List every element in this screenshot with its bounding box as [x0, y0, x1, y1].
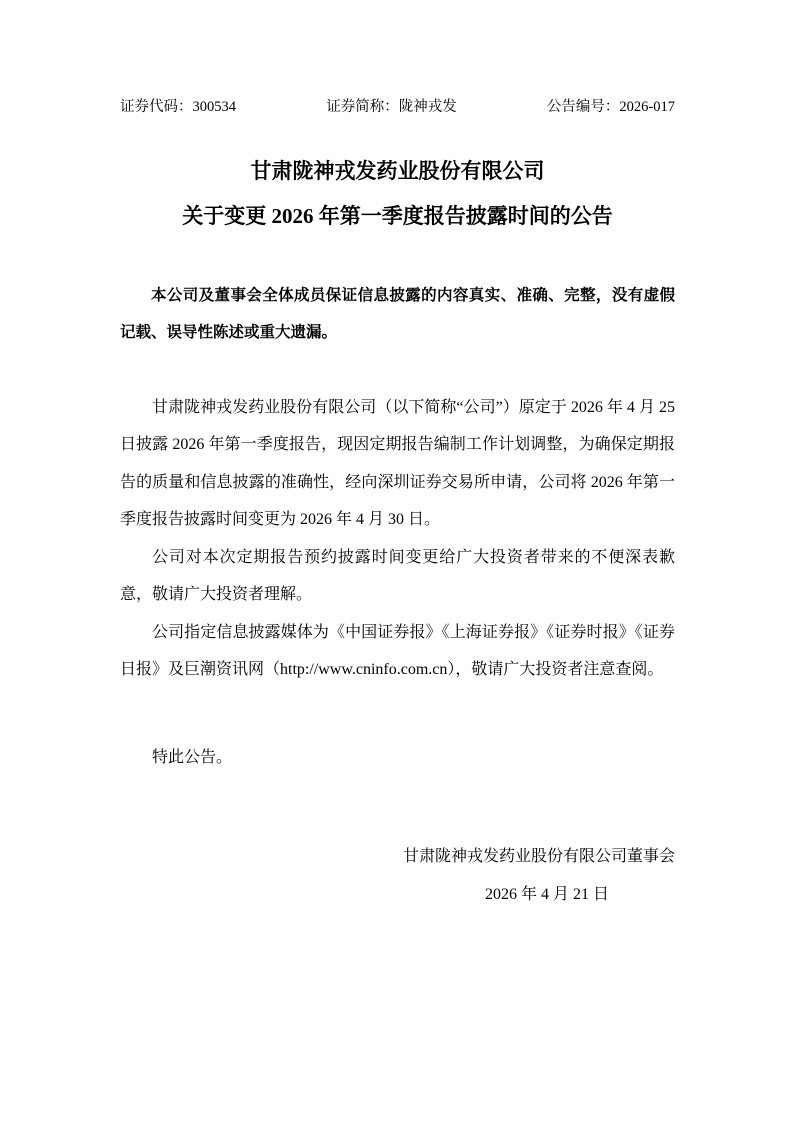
- board-declaration: 本公司及董事会全体成员保证信息披露的内容真实、准确、完整，没有虚假记载、误导性陈…: [120, 277, 675, 351]
- signature-block: 甘肃陇神戎发药业股份有限公司董事会 2026 年 4 月 21 日: [120, 838, 675, 913]
- announcement-body: 甘肃陇神戎发药业股份有限公司（以下简称“公司”）原定于 2026 年 4 月 2…: [120, 389, 675, 689]
- stock-short-name: 证券简称：陇神戎发: [326, 98, 457, 117]
- signature-company: 甘肃陇神戎发药业股份有限公司董事会: [120, 838, 675, 876]
- body-paragraph-1: 甘肃陇神戎发药业股份有限公司（以下简称“公司”）原定于 2026 年 4 月 2…: [120, 389, 675, 539]
- announcement-title: 关于变更 2026 年第一季度报告披露时间的公告: [120, 206, 675, 227]
- announcement-page: 证券代码：300534 证券简称：陇神戎发 公告编号：2026-017 甘肃陇神…: [0, 0, 793, 1122]
- securities-header-row: 证券代码：300534 证券简称：陇神戎发 公告编号：2026-017: [120, 98, 675, 117]
- body-paragraph-3: 公司指定信息披露媒体为《中国证券报》《上海证券报》《证券时报》《证券日报》及巨潮…: [120, 614, 675, 689]
- closing-statement: 特此公告。: [120, 739, 675, 777]
- body-paragraph-2: 公司对本次定期报告预约披露时间变更给广大投资者带来的不便深表歉意，敬请广大投资者…: [120, 539, 675, 614]
- signature-date: 2026 年 4 月 21 日: [120, 876, 675, 914]
- announcement-number: 公告编号：2026-017: [547, 98, 675, 117]
- stock-code: 证券代码：300534: [120, 98, 236, 117]
- company-title: 甘肃陇神戎发药业股份有限公司: [120, 161, 675, 182]
